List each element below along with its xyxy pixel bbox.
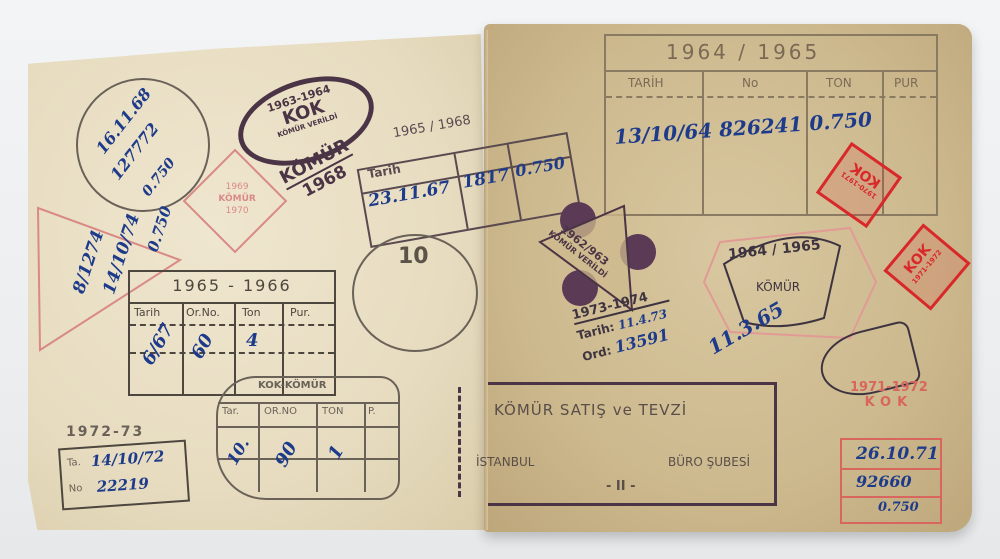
red-box-bottom: 26.10.71 92660 0.750 — [840, 438, 942, 524]
office-line1: KÖMÜR SATIŞ ve TEVZİ — [494, 401, 687, 419]
header-1964-tarih: TARİH — [628, 76, 664, 90]
hand-tarih-date: 23.11.67 — [367, 177, 452, 211]
table-1964-years: 1964 / 1965 — [666, 40, 820, 64]
hand-72-number: 22219 — [96, 474, 149, 496]
rt-header-orno: OR.NO — [264, 406, 297, 417]
hand-rt-1: 10. — [223, 435, 253, 469]
hand-tarih-number: 1817 — [461, 165, 511, 193]
rt-header-p: P. — [368, 406, 376, 417]
ta-label: Ta. — [67, 457, 81, 469]
rt-header-ton: TON — [322, 406, 343, 417]
round-stamp-mid: 10 — [352, 234, 478, 352]
header-1964-ton: TON — [826, 76, 852, 90]
hand-amount: 0.750 — [139, 155, 179, 199]
table-years: 1965 - 1966 — [130, 276, 334, 295]
office-line2-left: İSTANBUL — [476, 455, 534, 469]
kok-red-years: 1971-1972 — [850, 380, 928, 395]
hand-tarih-amount: 0.750 — [514, 153, 567, 180]
hand-redbox-date: 26.10.71 — [856, 444, 939, 464]
kok-red-word: KOK — [850, 395, 928, 410]
diamond-top: 1969 — [202, 181, 272, 193]
header-pur: Pur. — [290, 306, 310, 319]
rounded-title: KOK-KÖMÜR — [258, 380, 326, 391]
hand-redbox-number: 92660 — [856, 472, 912, 491]
kok-red-text: 1971-1972 KOK — [850, 380, 928, 410]
header-tarih: Tarih — [134, 306, 160, 319]
header-1964-pur: PUR — [894, 76, 918, 90]
hex-word: KÖMÜR — [756, 280, 800, 294]
diamond-bottom: 1970 — [202, 205, 272, 217]
office-stamp: KÖMÜR SATIŞ ve TEVZİ İSTANBUL BÜRO ŞUBES… — [488, 382, 777, 506]
header-ton: Ton — [242, 306, 261, 319]
header-orno: Or.No. — [186, 306, 220, 319]
rt-header-tar: Tar. — [222, 406, 239, 417]
diamond-mid: KÖMÜR — [202, 193, 272, 205]
years-1972-73: 1972-73 — [66, 424, 144, 440]
hand-65-ton: 4 — [246, 330, 259, 351]
no-label: No — [68, 483, 82, 495]
office-numeral: - II - — [606, 479, 636, 494]
hand-65-no: 60 — [187, 330, 218, 362]
header-1964-no: No — [742, 76, 758, 90]
hand-redbox-amount: 0.750 — [878, 500, 919, 515]
hand-1964-entry: 13/10/64 826241 0.750 — [613, 107, 872, 149]
hand-rt-2: 90 — [271, 438, 302, 470]
rounded-table-stamp: KOK-KÖMÜR Tar. OR.NO TON P. 10. 90 1 — [216, 376, 400, 500]
round-mid-text: 10 — [398, 244, 429, 269]
hand-72-date: 14/10/72 — [90, 447, 165, 470]
hand-65-date: 6/67 — [138, 320, 178, 369]
office-line2-right: BÜRO ŞUBESİ — [668, 455, 750, 469]
